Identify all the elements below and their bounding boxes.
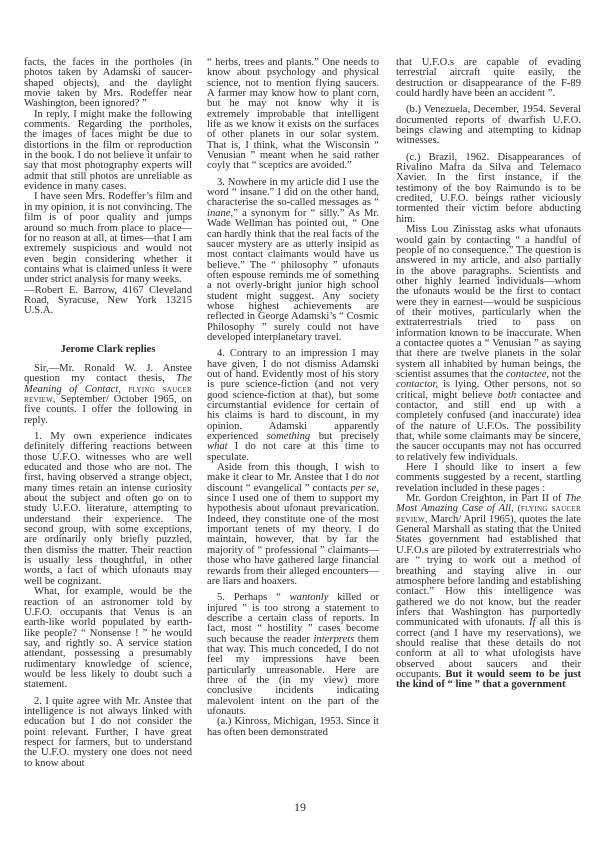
magazine-page: facts, the faces in the portholes (in ph… [0, 0, 600, 850]
section-heading: Jerome Clark replies [24, 345, 192, 355]
point-3-paragraph: 3. Nowhere in my article did I use the w… [207, 178, 379, 344]
point-2-paragraph: 2. I quite agree with Mr. Anstee that in… [24, 697, 192, 769]
letter-film-paragraph: I have seen Mrs. Rodeffer’s film and in … [24, 192, 192, 285]
case-a-paragraph: (a.) Kinross, Michigan, 1953. Since it h… [207, 717, 379, 738]
middle-column: “ herbs, trees and plants.” One needs to… [207, 58, 379, 738]
point-2-continued-paragraph: “ herbs, trees and plants.” One needs to… [207, 58, 379, 172]
point-1-continued-paragraph: What, for example, would be the reaction… [24, 587, 192, 690]
insert-comments-paragraph: Here I should like to insert a few comme… [396, 463, 581, 494]
creighton-paragraph: Mr. Gordon Creighton, in Part II of The … [396, 494, 581, 691]
letter-reply-paragraph: In reply, I might make the following com… [24, 110, 192, 193]
point-5-paragraph: 5. Perhaps “ wantonly killed or injured … [207, 593, 379, 717]
right-column: that U.F.O.s are capable of evading terr… [396, 58, 581, 691]
intro-paragraph: Sir,—Mr. Ronald W. J. Anstee question my… [24, 364, 192, 426]
letter-signature: —Robert E. Barrow, 4167 Cleveland Road, … [24, 286, 192, 317]
zinisstag-paragraph: Miss Lou Zinisstag asks what ufonauts wo… [396, 225, 581, 463]
letter-continued-paragraph: facts, the faces in the portholes (in ph… [24, 58, 192, 110]
page-number: 19 [0, 800, 600, 815]
point-1-paragraph: 1. My own experience indicates definitel… [24, 432, 192, 587]
point-4-paragraph: 4. Contrary to an impression I may have … [207, 349, 379, 463]
case-a-continued-paragraph: that U.F.O.s are capable of evading terr… [396, 58, 581, 99]
aside-paragraph: Aside from this though, I wish to make i… [207, 463, 379, 587]
case-c-paragraph: (c.) Brazil, 1962. Disappearances of Riv… [396, 153, 581, 225]
left-column: facts, the faces in the portholes (in ph… [24, 58, 192, 769]
case-b-paragraph: (b.) Venezuela, December, 1954. Several … [396, 105, 581, 146]
